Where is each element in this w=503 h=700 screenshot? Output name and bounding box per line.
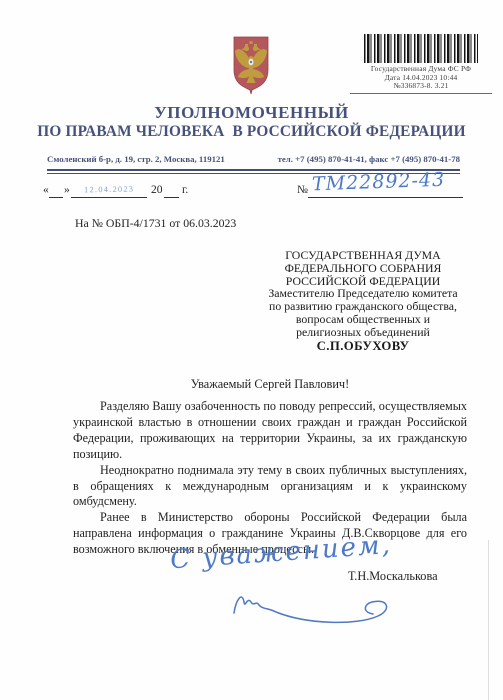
letter-page: Государственная Дума ФС РФ Дата 14.04.20… — [0, 0, 503, 700]
letterhead-title-line1: УПОЛНОМОЧЕННЫЙ — [0, 103, 503, 123]
signature-icon — [226, 581, 398, 625]
duma-registration-stamp: Государственная Дума ФС РФ Дата 14.04.20… — [350, 34, 492, 94]
letterhead-contacts: Смоленский б-р, д. 19, стр. 2, Москва, 1… — [47, 154, 460, 164]
body-paragraph: Разделяю Вашу озабоченность по поводу ре… — [73, 399, 467, 463]
addressee-name: С.П.ОБУХОВУ — [268, 340, 458, 353]
barcode-icon — [364, 34, 478, 63]
addressee-line: ФЕДЕРАЛЬНОГО СОБРАНИЯ — [268, 262, 458, 275]
body-paragraph: Неоднократно поднимала эту тему в своих … — [73, 463, 467, 511]
date-quote-open: « — [43, 184, 49, 196]
date-day-blank — [49, 186, 63, 198]
addressee-line: религиозных объединений — [268, 326, 458, 339]
year-prefix: 20 — [151, 184, 163, 196]
in-reply-line: На № ОБП-4/1731 от 06.03.2023 — [75, 216, 236, 231]
stamped-date: 12.04.2023 — [84, 184, 134, 195]
scan-edge-shadow — [488, 540, 489, 700]
coat-of-arms-icon — [231, 36, 271, 96]
letterhead-title-line2: ПО ПРАВАМ ЧЕЛОВЕКА В РОССИЙСКОЙ ФЕДЕРАЦИ… — [0, 123, 503, 141]
number-label: № — [297, 184, 308, 196]
addressee-line: ГОСУДАРСТВЕННАЯ ДУМА — [268, 249, 458, 262]
date-quote-close: » — [64, 184, 70, 196]
letterhead-phones: тел. +7 (495) 870-41-41, факс +7 (495) 8… — [278, 154, 460, 164]
handwritten-number: ТМ22892-43 — [312, 169, 446, 196]
addressee-line: вопросам общественных и — [268, 313, 458, 326]
year-suffix: г. — [182, 184, 188, 196]
salutation: Уважаемый Сергей Павлович! — [73, 377, 467, 392]
letterhead-address: Смоленский б-р, д. 19, стр. 2, Москва, 1… — [47, 154, 225, 164]
addressee-block: ГОСУДАРСТВЕННАЯ ДУМА ФЕДЕРАЛЬНОГО СОБРАН… — [268, 249, 458, 352]
stamp-divider — [350, 93, 492, 94]
year-blank — [164, 186, 179, 198]
stamp-number: №336873-8. 3.21 — [350, 82, 492, 91]
